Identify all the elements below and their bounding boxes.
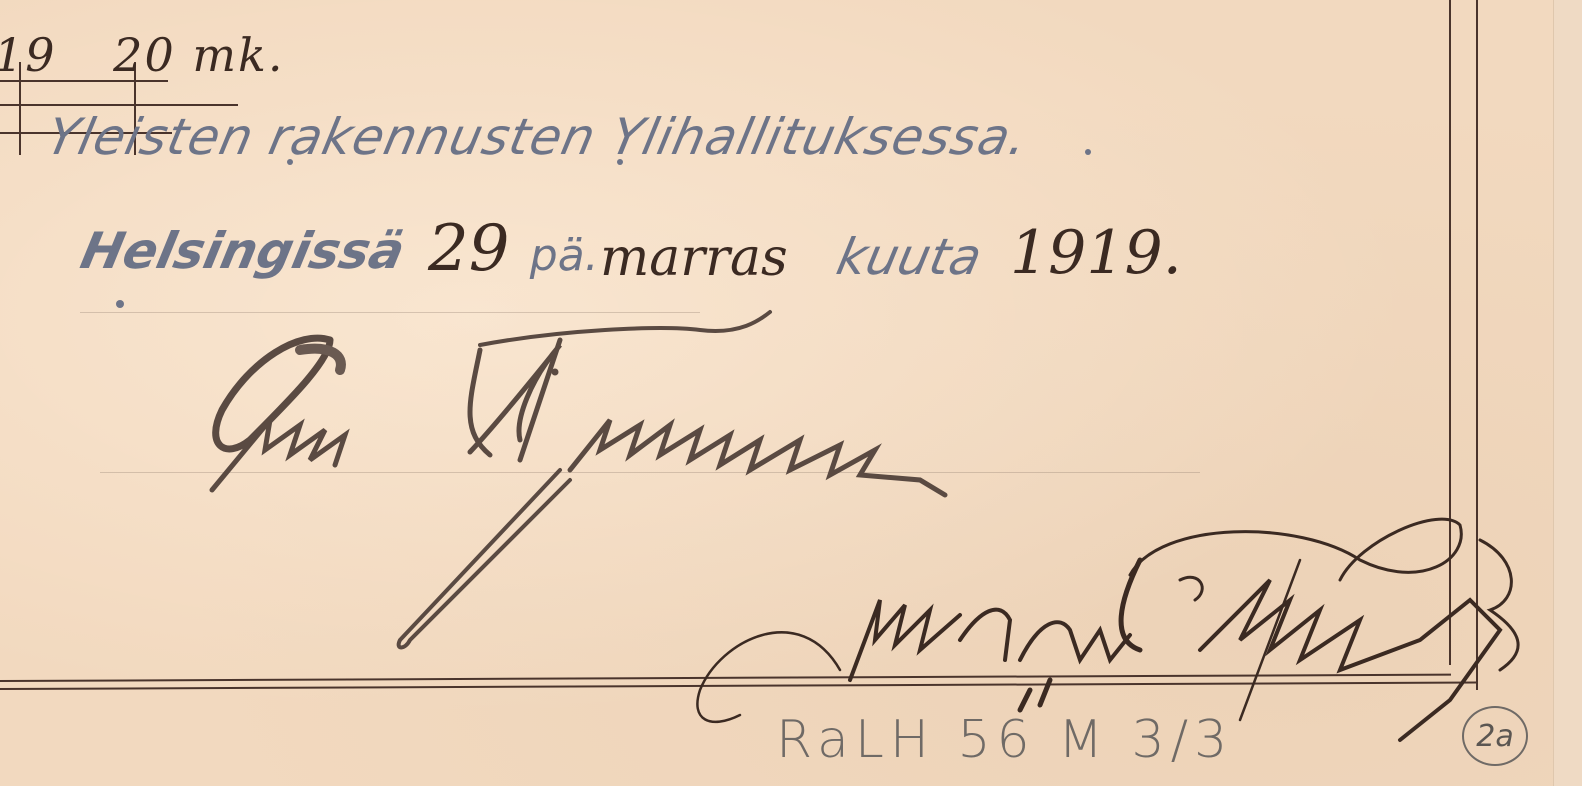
stamp-dots (116, 149, 1091, 308)
archive-reference: RaLH 56 M 3/3 (776, 710, 1233, 770)
page-mark-label: 2a (1476, 719, 1513, 754)
signature-strokes (0, 0, 1582, 786)
page-mark-circle: 2a (1462, 706, 1528, 766)
signature-wallenstrale (697, 519, 1518, 740)
signature-onni-tarjanne (212, 312, 945, 648)
